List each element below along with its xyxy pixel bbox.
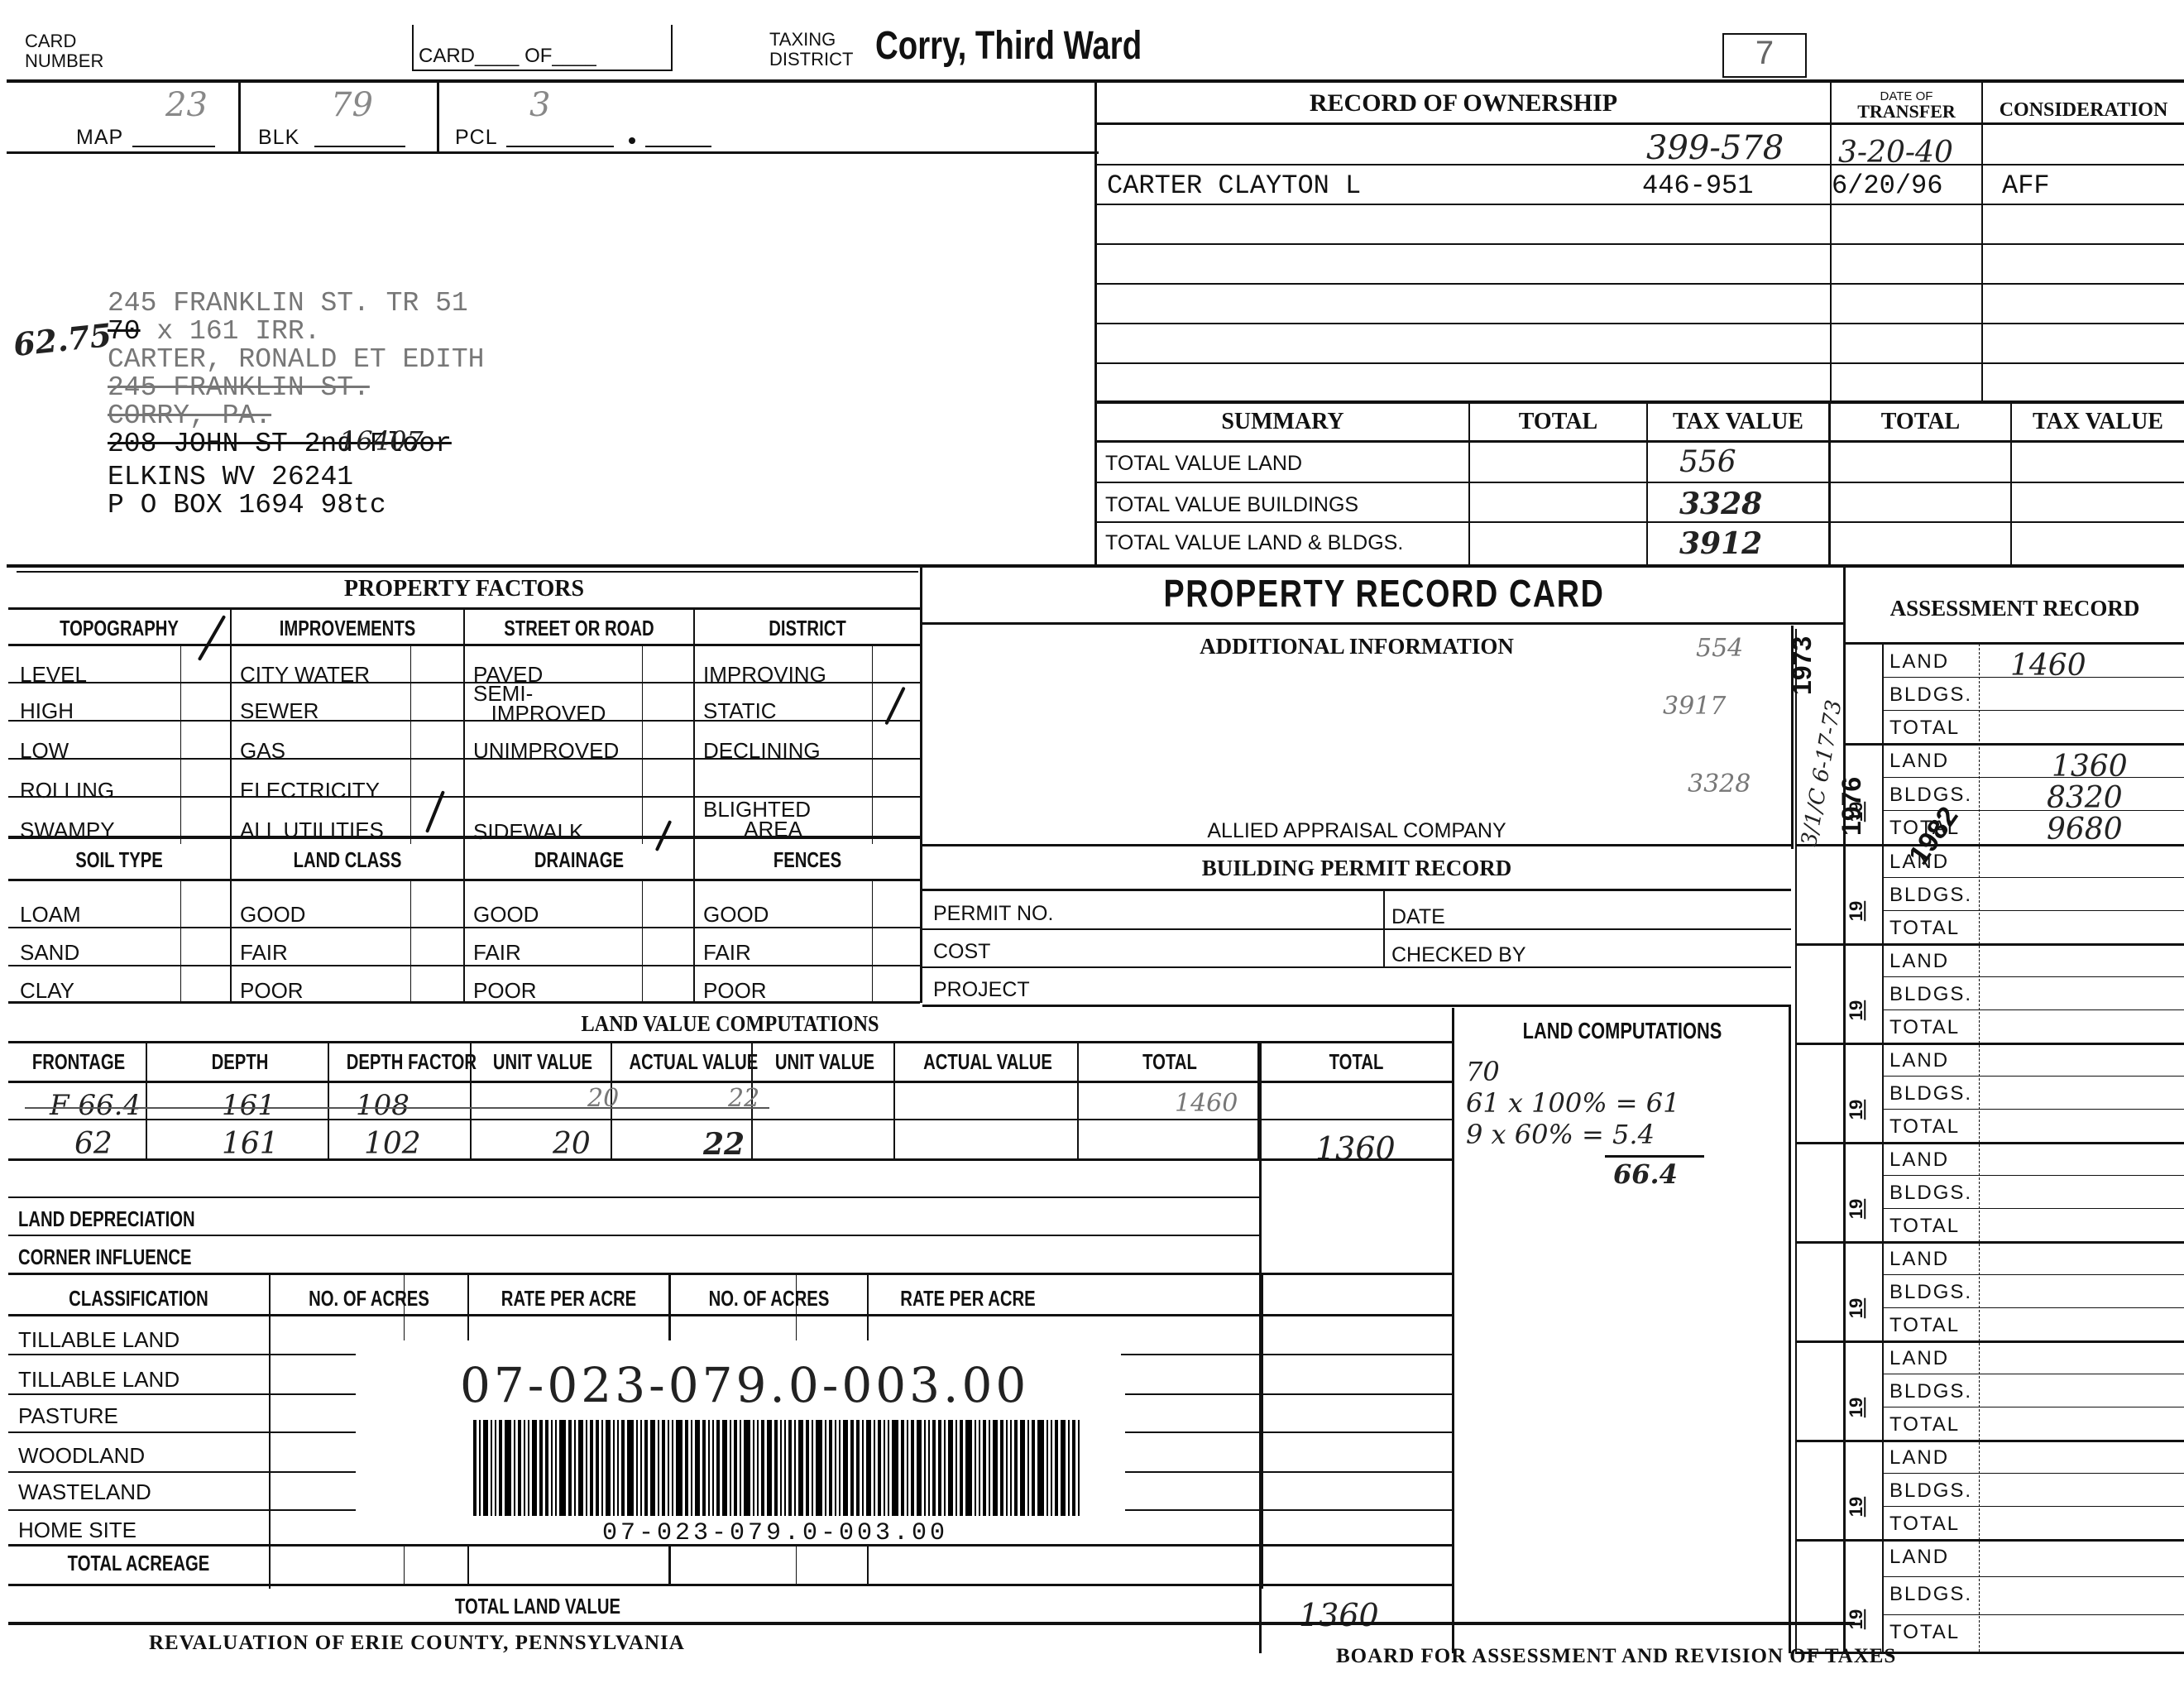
assessment-year-prefix: 19 (1846, 1100, 1867, 1120)
ownership-title: RECORD OF OWNERSHIP (1097, 89, 1830, 117)
class-home-site: HOME SITE (18, 1518, 136, 1543)
address-line-4: 245 FRANKLIN ST. (108, 374, 484, 402)
assessment-row-label: TOTAL (1889, 1314, 1960, 1337)
assessment-row-label: BLDGS. (1889, 683, 1972, 707)
allied-appraisal-company: ALLIED APPRAISAL COMPANY (922, 819, 1791, 843)
transfer-label: TRANSFER (1832, 101, 1981, 122)
year-stamp: 1976 (1837, 777, 1867, 836)
road-unimproved: UNIMPROVED (473, 738, 619, 764)
land-value-header: TOTAL (1100, 1049, 1239, 1075)
land-class-header: LAND CLASS (257, 847, 438, 873)
land-value-header: UNIT VALUE (488, 1049, 596, 1075)
footer-right: BOARD FOR ASSESSMENT AND REVISION OF TAX… (1336, 1645, 1896, 1668)
land-computations-title: LAND COMPUTATIONS (1492, 1018, 1754, 1044)
margin-note: 3917 (1663, 692, 1726, 721)
land-computation-line: 9 x 60% = 5.4 (1466, 1119, 1655, 1150)
assessment-row-label: LAND (1889, 1446, 1949, 1470)
corner-influence-label: CORNER INFLUENCE (18, 1244, 192, 1270)
summary-total-header: TOTAL (1470, 409, 1646, 435)
taxing-district-label: TAXING DISTRICT (769, 30, 853, 70)
fences-fair: FAIR (703, 940, 751, 966)
summary-total-tax: 3912 (1679, 526, 1762, 561)
assessment-row-label: LAND (1889, 1248, 1949, 1271)
summary-buildings-tax: 3328 (1679, 487, 1762, 521)
assessment-row-label: TOTAL (1889, 1215, 1960, 1238)
land-class-good: GOOD (240, 902, 305, 928)
address-line-7: ELKINS WV 26241 (108, 463, 484, 492)
blk-label: BLK (258, 126, 299, 150)
pcl-value: 3 (529, 86, 550, 124)
permit-cost-label: COST (933, 940, 990, 964)
assessment-row-label: LAND (1889, 1546, 1949, 1569)
drainage-good: GOOD (473, 902, 539, 928)
assessment-row-label: BLDGS. (1889, 1380, 1972, 1403)
classification-header: CLASSIFICATION (37, 1286, 241, 1312)
district-code-box: 7 (1722, 33, 1807, 78)
map-value: 23 (165, 86, 208, 124)
total-land-value-label: TOTAL LAND VALUE (376, 1594, 699, 1619)
assessment-row-label: LAND (1889, 1149, 1949, 1172)
property-factors-title: PROPERTY FACTORS (8, 576, 920, 602)
assessment-row-label: TOTAL (1889, 717, 1960, 740)
assessment-row-label: TOTAL (1889, 1413, 1960, 1436)
improvements-all-utilities: ALL UTILITIES (240, 818, 384, 843)
soil-type-header: SOIL TYPE (32, 847, 205, 873)
assessment-row-label: LAND (1889, 750, 1949, 773)
drainage-header: DRAINAGE (490, 847, 668, 873)
total-acreage-label: TOTAL ACREAGE (37, 1551, 241, 1576)
assessment-land-1: 1460 (2010, 649, 2086, 683)
summary-header: SUMMARY (1097, 409, 1468, 435)
topography-level: LEVEL (20, 662, 87, 688)
assessment-year-prefix: 19 (1846, 1497, 1867, 1517)
assessment-row-label: BLDGS. (1889, 1479, 1972, 1503)
street-or-road-header: STREET OR ROAD (490, 616, 668, 641)
fences-header: FENCES (720, 847, 895, 873)
assessment-year-prefix: 19 (1846, 1298, 1867, 1318)
assessment-year-prefix: 19 (1846, 1609, 1867, 1629)
summary-total-header-2: TOTAL (1831, 409, 2010, 435)
assessment-year-prefix: 19 (1846, 1199, 1867, 1219)
frontage-note: 62.75 (12, 316, 113, 363)
assessment-row-label: BLDGS. (1889, 1182, 1972, 1205)
road-semi-improved: SEMI- IMPROVED (473, 683, 606, 723)
summary-taxvalue-header: TAX VALUE (1648, 409, 1828, 435)
address-line-6: 208 JOHN ST 2nd Floor (108, 430, 484, 458)
land-value-header: ACTUAL VALUE (629, 1049, 737, 1075)
fences-good: GOOD (703, 902, 769, 928)
blk-value: 79 (331, 86, 373, 124)
checked-by-label: CHECKED BY (1391, 943, 1526, 967)
card-number-label: CARD NUMBER (25, 31, 103, 71)
district-improving: IMPROVING (703, 662, 826, 688)
land-computation-line: 66.4 (1613, 1158, 1678, 1190)
topography-header: TOPOGRAPHY (32, 616, 205, 641)
footer-left: REVALUATION OF ERIE COUNTY, PENNSYLVANIA (149, 1632, 685, 1655)
summary-row-buildings: TOTAL VALUE BUILDINGS (1105, 493, 1358, 517)
assessment-row-label: BLDGS. (1889, 884, 1972, 907)
land-class-poor: POOR (240, 978, 304, 1004)
drainage-poor: POOR (473, 978, 537, 1004)
improvements-header: IMPROVEMENTS (257, 616, 438, 641)
assessment-row-label: BLDGS. (1889, 983, 1972, 1006)
class-wasteland: WASTELAND (18, 1479, 151, 1505)
additional-info-label: ADDITIONAL INFORMATION (922, 634, 1791, 659)
improvements-city-water: CITY WATER (240, 662, 370, 688)
barcode-icon (473, 1420, 1102, 1516)
soil-clay: CLAY (20, 978, 74, 1004)
zip-note: 16407 (339, 425, 424, 457)
land-value-title: LAND VALUE COMPUTATIONS (80, 1011, 1380, 1037)
summary-taxvalue-header-2: TAX VALUE (2012, 409, 2184, 435)
address-line-2: 70 x 161 IRR. (108, 318, 484, 346)
assessment-land-2: 1360 (2052, 750, 2128, 784)
permit-project-label: PROJECT (933, 978, 1030, 1002)
district-blighted-area: BLIGHTED AREA (703, 799, 811, 839)
assessment-row-label: BLDGS. (1889, 1281, 1972, 1304)
taxing-district-value: Corry, Third Ward (875, 23, 1142, 69)
summary-land-tax: 556 (1679, 445, 1736, 479)
no-of-acres-header-2: NO. OF ACRES (692, 1286, 845, 1312)
land-value-header: ACTUAL VALUE (917, 1049, 1059, 1075)
total-land-value: 1360 (1299, 1597, 1379, 1633)
pcl-label: PCL (455, 126, 498, 150)
improvements-gas: GAS (240, 738, 285, 764)
road-sidewalk: SIDEWALK (473, 819, 583, 845)
margin-note: 554 (1696, 634, 1743, 663)
assessment-row-label: BLDGS. (1889, 1583, 1972, 1606)
improvements-electricity: ELECTRICITY (240, 778, 380, 803)
class-tillable-land-2: TILLABLE LAND (18, 1367, 180, 1393)
land-value-header: UNIT VALUE (770, 1049, 880, 1075)
soil-loam: LOAM (20, 902, 81, 928)
assessment-row-label: BLDGS. (1889, 1082, 1972, 1105)
address-line-1: 245 FRANKLIN ST. TR 51 (108, 290, 484, 318)
margin-note: 3328 (1688, 770, 1751, 798)
card-of-label: CARD____ OF____ (419, 45, 596, 68)
class-woodland: WOODLAND (18, 1443, 145, 1469)
soil-sand: SAND (20, 940, 79, 966)
address-line-3: CARTER, RONALD ET EDITH (108, 346, 484, 374)
topography-swampy: SWAMPY (20, 818, 115, 843)
drainage-fair: FAIR (473, 940, 521, 966)
property-record-card-title: PROPERTY RECORD CARD (1005, 571, 1762, 616)
assessment-row-label: LAND (1889, 1049, 1949, 1072)
rate-per-acre-header-2: RATE PER ACRE (890, 1286, 1045, 1312)
summary-row-total: TOTAL VALUE LAND & BLDGS. (1105, 531, 1403, 555)
assessment-row-label: TOTAL (1889, 1115, 1960, 1139)
topography-rolling: ROLLING (20, 778, 114, 803)
address-line-5: CORRY, PA. (108, 402, 484, 430)
land-value-header: FRONTAGE (24, 1049, 134, 1075)
address-block: 245 FRANKLIN ST. TR 51 70 x 161 IRR. CAR… (108, 290, 484, 520)
map-label: MAP (76, 126, 123, 150)
summary-row-land: TOTAL VALUE LAND (1105, 452, 1302, 476)
fences-poor: POOR (703, 978, 767, 1004)
assessment-row-label: TOTAL (1889, 917, 1960, 940)
assessment-year-prefix: 19 (1846, 901, 1867, 921)
assessment-row-label: LAND (1889, 1347, 1949, 1370)
topography-low: LOW (20, 738, 69, 764)
assessment-year-prefix: 19 (1846, 1000, 1867, 1020)
land-value-header: DEPTH (169, 1049, 311, 1075)
land-computation-line: 61 x 100% = 61 (1466, 1087, 1679, 1119)
land-depreciation-label: LAND DEPRECIATION (18, 1206, 195, 1232)
district-header: DISTRICT (720, 616, 895, 641)
assessment-row-label: TOTAL (1889, 1513, 1960, 1536)
assessment-year-prefix: 19 (1846, 1398, 1867, 1417)
no-of-acres-header: NO. OF ACRES (292, 1286, 446, 1312)
permit-date-label: DATE (1391, 905, 1445, 929)
district-declining: DECLINING (703, 738, 821, 764)
land-value-header: DEPTH FACTOR (347, 1049, 457, 1075)
year-stamp: 1973 (1787, 636, 1818, 695)
permit-no-label: PERMIT NO. (933, 902, 1053, 926)
assessment-row-label: BLDGS. (1889, 784, 1972, 807)
land-class-fair: FAIR (240, 940, 288, 966)
consideration-label: CONSIDERATION (1983, 99, 2184, 122)
land-value-header: TOTAL (1281, 1049, 1430, 1075)
parcel-number-handwritten: 07-023-079.0-003.00 (460, 1357, 1029, 1413)
assessment-record-title: ASSESSMENT RECORD (1846, 596, 2184, 621)
assessment-bldgs-2: 8320 (2047, 781, 2123, 815)
assessment-row-label: TOTAL (1889, 1016, 1960, 1039)
rate-per-acre-header: RATE PER ACRE (491, 1286, 647, 1312)
class-pasture: PASTURE (18, 1403, 118, 1429)
building-permit-title: BUILDING PERMIT RECORD (922, 856, 1791, 881)
assessment-total-2: 9680 (2047, 813, 2123, 846)
assessment-row-label: TOTAL (1889, 1621, 1960, 1644)
address-line-8: P O BOX 1694 98tc (108, 492, 484, 520)
class-tillable-land-1: TILLABLE LAND (18, 1327, 180, 1353)
assessment-row-label: LAND (1889, 950, 1949, 973)
assessment-row-label: LAND (1889, 650, 1949, 674)
land-computation-line: 70 (1466, 1056, 1500, 1087)
parcel-number-printed: 07-023-079.0-003.00 (602, 1519, 948, 1547)
